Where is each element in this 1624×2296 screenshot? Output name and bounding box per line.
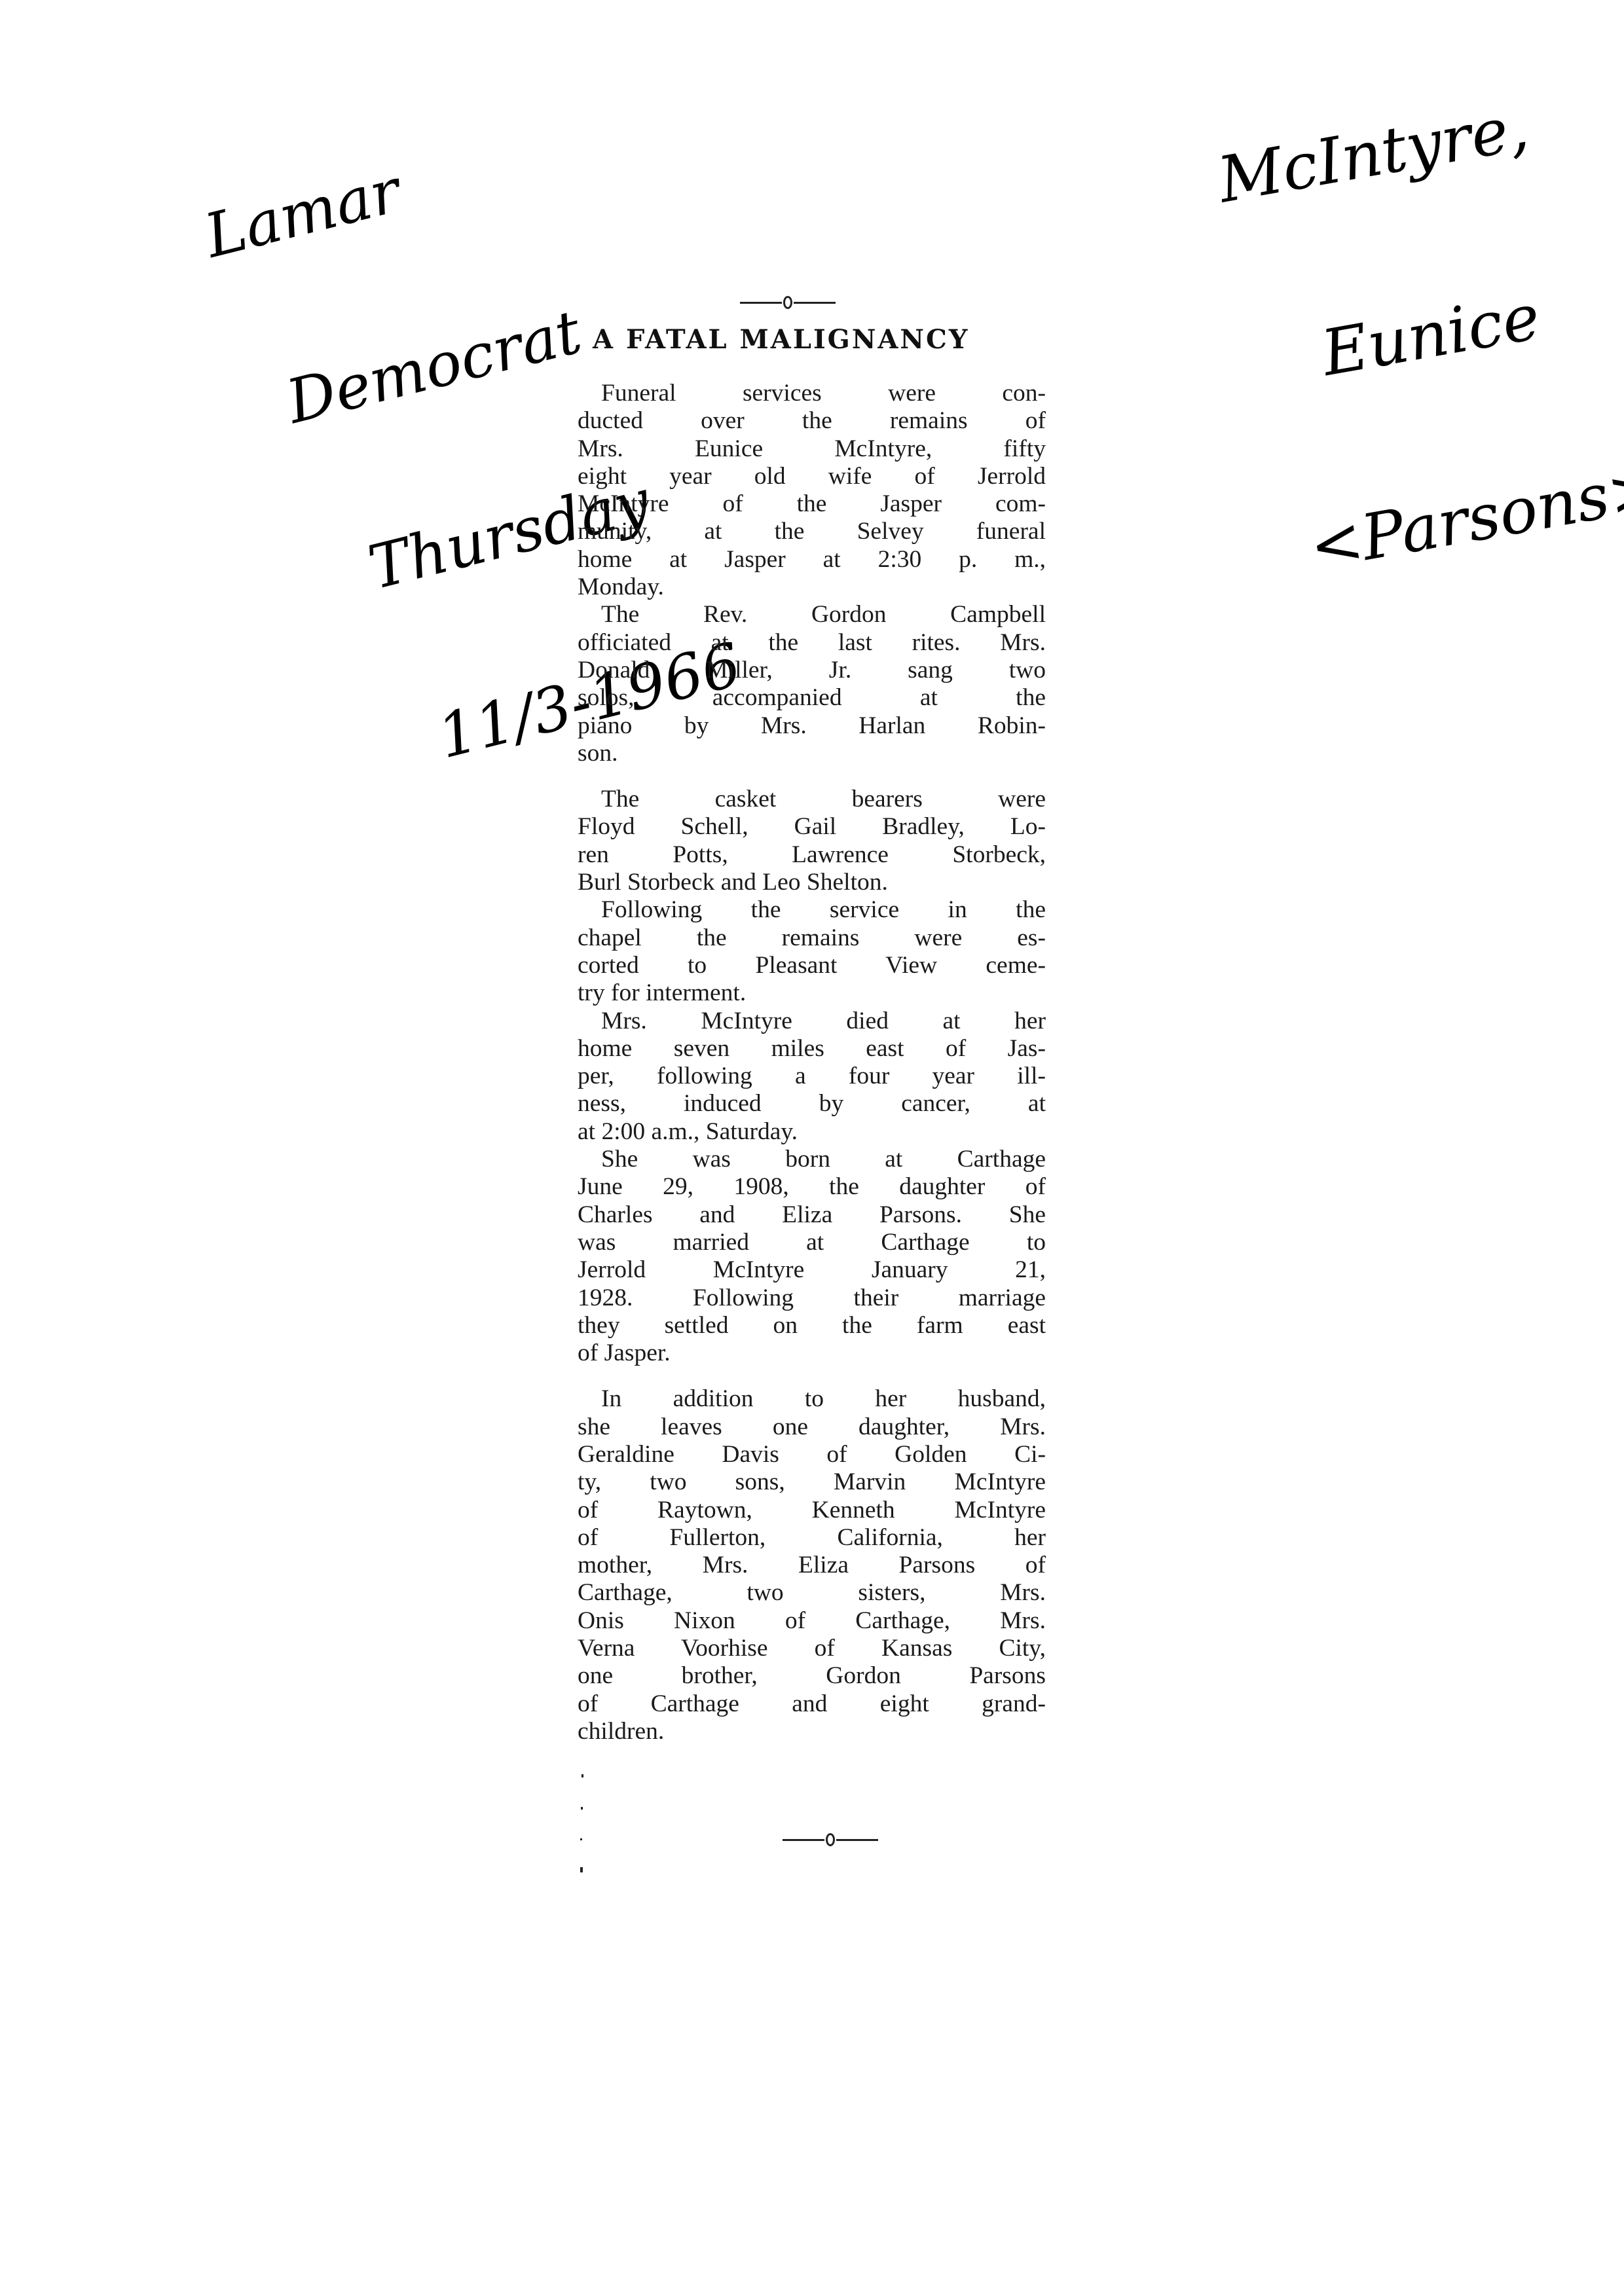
ornament-circle-icon (826, 1833, 835, 1846)
article-line: one brother, Gordon Parsons (578, 1662, 1046, 1690)
handwritten-line: <Parsons> (1305, 455, 1624, 579)
article-line: June 29, 1908, the daughter of (578, 1173, 1046, 1201)
handwritten-line: Eunice (1318, 270, 1624, 386)
article-line: solos, accompanied at the (578, 684, 1046, 712)
article-line: The Rev. Gordon Campbell (578, 601, 1046, 629)
article-line: corted to Pleasant View ceme- (578, 952, 1046, 979)
article-line: Following the service in the (578, 896, 1046, 924)
article-line: Mrs. Eunice McIntyre, fifty (578, 435, 1046, 463)
article-line: chapel the remains were es- (578, 924, 1046, 952)
article-line: In addition to her husband, (578, 1385, 1046, 1413)
rule-line (740, 302, 782, 304)
rule-line (794, 302, 836, 304)
article-line: at 2:00 a.m., Saturday. (578, 1118, 1046, 1146)
article-line: son. (578, 740, 1046, 767)
scan-speck (580, 1838, 582, 1840)
article-line: was married at Carthage to (578, 1229, 1046, 1256)
bottom-ornament-rule (783, 1833, 878, 1846)
article-line: eight year old wife of Jerrold (578, 463, 1046, 490)
article-line: officiated at the last rites. Mrs. (578, 629, 1046, 657)
article-line: Mrs. McIntyre died at her (578, 1008, 1046, 1035)
article-line: of Jasper. (578, 1339, 1046, 1367)
article-line: Onis Nixon of Carthage, Mrs. (578, 1607, 1046, 1635)
article-line: Burl Storbeck and Leo Shelton. (578, 869, 1046, 896)
article-line: Monday. (578, 574, 1046, 601)
article-paragraph: In addition to her husband,she leaves on… (578, 1385, 1046, 1745)
article-line: Geraldine Davis of Golden Ci- (578, 1441, 1046, 1468)
scan-speck (581, 1774, 583, 1777)
article-line: Carthage, two sisters, Mrs. (578, 1579, 1046, 1607)
article-line: of Fullerton, California, her (578, 1524, 1046, 1552)
article-line: per, following a four year ill- (578, 1063, 1046, 1090)
rule-line (836, 1839, 878, 1841)
rule-line (783, 1839, 824, 1841)
article-line: Charles and Eliza Parsons. She (578, 1201, 1046, 1229)
article-line: children. (578, 1718, 1046, 1745)
article-paragraph: The Rev. Gordon Campbellofficiated at th… (578, 601, 1046, 767)
article-line: McIntyre of the Jasper com- (578, 490, 1046, 518)
handwritten-line: Lamar (200, 109, 616, 267)
scan-speck (580, 1867, 583, 1872)
article-paragraph: Following the service in thechapel the r… (578, 896, 1046, 1007)
article-line: of Raytown, Kenneth McIntyre (578, 1497, 1046, 1524)
top-ornament-rule (740, 296, 836, 309)
article-line: she leaves one daughter, Mrs. (578, 1413, 1046, 1441)
article-line: piano by Mrs. Harlan Robin- (578, 712, 1046, 740)
article-line: home at Jasper at 2:30 p. m., (578, 546, 1046, 574)
handwritten-name-note: McIntyre, Eunice <Parsons> (1192, 0, 1624, 645)
article-line: munity, at the Selvey funeral (578, 518, 1046, 545)
article-line: try for interment. (578, 979, 1046, 1007)
scan-speck (581, 1807, 583, 1810)
article-line: they settled on the farm east (578, 1312, 1046, 1339)
article-line: mother, Mrs. Eliza Parsons of (578, 1552, 1046, 1579)
article-line: Donald Miller, Jr. sang two (578, 657, 1046, 684)
article-line: Floyd Schell, Gail Bradley, Lo- (578, 813, 1046, 841)
article-line: Verna Voorhise of Kansas City, (578, 1635, 1046, 1662)
article-paragraph: Mrs. McIntyre died at herhome seven mile… (578, 1008, 1046, 1146)
article-paragraph: She was born at CarthageJune 29, 1908, t… (578, 1146, 1046, 1367)
article-line: Funeral services were con- (578, 380, 1046, 407)
article-paragraph: Funeral services were con-ducted over th… (578, 380, 1046, 601)
article-headline: A FATAL MALIGNANCY (593, 324, 1064, 355)
article-line: She was born at Carthage (578, 1146, 1046, 1173)
ornament-circle-icon (783, 296, 792, 309)
article-line: ren Potts, Lawrence Storbeck, (578, 841, 1046, 869)
article-line: The casket bearers were (578, 786, 1046, 813)
article-line: home seven miles east of Jas- (578, 1035, 1046, 1063)
article-line: ducted over the remains of (578, 407, 1046, 435)
article-line: ty, two sons, Marvin McIntyre (578, 1468, 1046, 1496)
handwritten-line: McIntyre, (1213, 84, 1600, 212)
article-line: 1928. Following their marriage (578, 1285, 1046, 1312)
article-line: Jerrold McIntyre January 21, (578, 1256, 1046, 1284)
article-body: Funeral services were con-ducted over th… (578, 380, 1046, 1745)
article-paragraph: The casket bearers wereFloyd Schell, Gai… (578, 786, 1046, 896)
article-line: of Carthage and eight grand- (578, 1690, 1046, 1718)
article-line: ness, induced by cancer, at (578, 1090, 1046, 1118)
